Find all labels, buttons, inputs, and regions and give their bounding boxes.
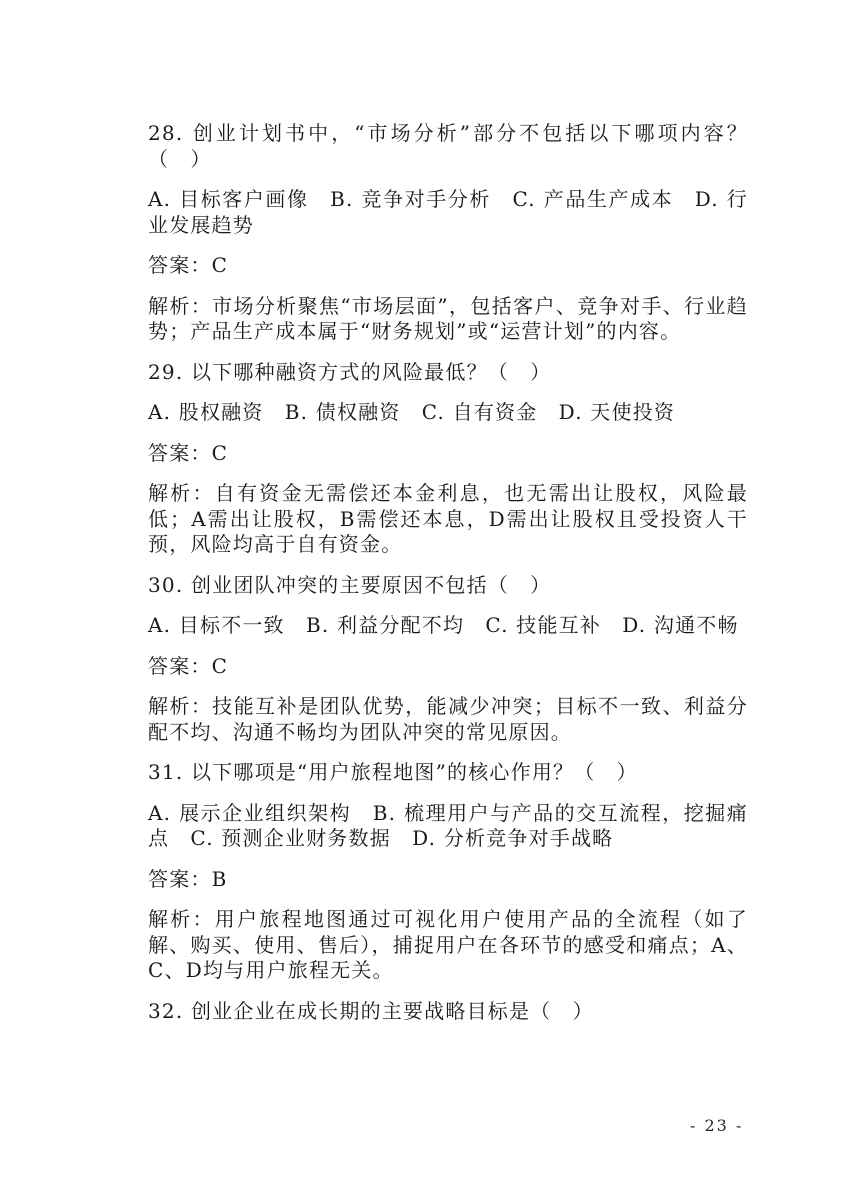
- question-text: 32. 创业企业在成长期的主要战略目标是（ ）: [148, 999, 748, 1025]
- question-answer: 答案：C: [148, 654, 748, 680]
- question-analysis: 解析：市场分析聚焦“市场层面”，包括客户、竞争对手、行业趋势；产品生产成本属于“…: [148, 294, 748, 345]
- question-block-30: 30. 创业团队冲突的主要原因不包括（ ） A. 目标不一致 B. 利益分配不均…: [148, 573, 748, 746]
- question-block-31: 31. 以下哪项是“用户旅程地图”的核心作用？（ ） A. 展示企业组织架构 B…: [148, 760, 748, 984]
- question-text: 29. 以下哪种融资方式的风险最低？（ ）: [148, 360, 748, 386]
- question-block-28: 28. 创业计划书中，“市场分析”部分不包括以下哪项内容？（ ） A. 目标客户…: [148, 121, 748, 345]
- question-analysis: 解析：自有资金无需偿还本金利息，也无需出让股权，风险最低；A需出让股权，B需偿还…: [148, 481, 748, 558]
- question-text: 30. 创业团队冲突的主要原因不包括（ ）: [148, 573, 748, 599]
- question-block-32: 32. 创业企业在成长期的主要战略目标是（ ）: [148, 999, 748, 1025]
- question-options: A. 展示企业组织架构 B. 梳理用户与产品的交互流程，挖掘痛点 C. 预测企业…: [148, 801, 748, 852]
- page-content: 28. 创业计划书中，“市场分析”部分不包括以下哪项内容？（ ） A. 目标客户…: [148, 121, 748, 1039]
- page-number: - 23 -: [690, 1116, 743, 1135]
- question-answer: 答案：C: [148, 441, 748, 467]
- question-text: 31. 以下哪项是“用户旅程地图”的核心作用？（ ）: [148, 760, 748, 786]
- question-analysis: 解析：用户旅程地图通过可视化用户使用产品的全流程（如了解、购买、使用、售后），捕…: [148, 907, 748, 984]
- question-text: 28. 创业计划书中，“市场分析”部分不包括以下哪项内容？（ ）: [148, 121, 748, 172]
- question-options: A. 目标不一致 B. 利益分配不均 C. 技能互补 D. 沟通不畅: [148, 613, 748, 639]
- question-answer: 答案：C: [148, 253, 748, 279]
- question-answer: 答案：B: [148, 867, 748, 893]
- document-page: 28. 创业计划书中，“市场分析”部分不包括以下哪项内容？（ ） A. 目标客户…: [0, 0, 848, 1200]
- question-options: A. 股权融资 B. 债权融资 C. 自有资金 D. 天使投资: [148, 400, 748, 426]
- question-options: A. 目标客户画像 B. 竞争对手分析 C. 产品生产成本 D. 行业发展趋势: [148, 187, 748, 238]
- question-analysis: 解析：技能互补是团队优势，能减少冲突；目标不一致、利益分配不均、沟通不畅均为团队…: [148, 694, 748, 745]
- question-block-29: 29. 以下哪种融资方式的风险最低？（ ） A. 股权融资 B. 债权融资 C.…: [148, 360, 748, 558]
